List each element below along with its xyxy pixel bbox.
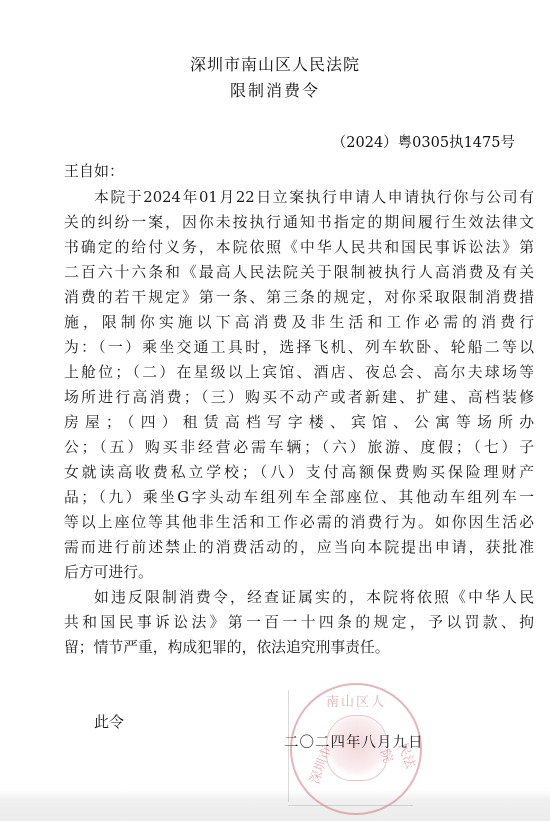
text-line: 关的纠纷一案，因你未按执行通知书指定的期间履行生效法律文 bbox=[64, 210, 534, 235]
text-line: 二百六十六条和《最高人民法院关于限制被执行人高消费及有关 bbox=[64, 260, 534, 285]
text-line: 共和国民事诉讼法》第一百一十四条的规定，予以罚款、拘 bbox=[64, 610, 534, 635]
text-line: 留；情节严重，构成犯罪的，依法追究刑事责任。 bbox=[64, 635, 534, 660]
text-line: 上舱位；（二）在星级以上宾馆、酒店、夜总会、高尔夫球场等 bbox=[64, 360, 534, 385]
paragraph-penalty: 如违反限制消费令，经查证属实的，本院将依照《中华人民 共和国民事诉讼法》第一百一… bbox=[64, 585, 534, 660]
text-line: 女就读高收费私立学校；（八）支付高额保费购买保险理财产 bbox=[64, 460, 534, 485]
closing-order: 此令 bbox=[94, 711, 124, 732]
document-title: 限制消费令 bbox=[0, 78, 550, 101]
text-line: 消费的若干规定》第一条、第三条的规定，对你采取限制消费措 bbox=[64, 285, 534, 310]
text-line: 公；（五）购买非经营必需车辆；（六）旅游、度假；（七）子 bbox=[64, 435, 534, 460]
issue-date: 二〇二四年八月九日 bbox=[284, 731, 424, 752]
addressee: 王自如： bbox=[64, 160, 124, 181]
text-line: 品；（九）乘坐G字头动车组列车全部座位、其他动车组列车一 bbox=[64, 485, 534, 510]
seal-text-top: 南山区人 bbox=[326, 691, 386, 710]
text-line: 为：（一）乘坐交通工具时，选择飞机、列车软卧、轮船二等以 bbox=[64, 335, 534, 360]
text-line: 场所进行高消费；（三）购买不动产或者新建、扩建、高档装修 bbox=[64, 385, 534, 410]
case-number: （2024）粤0305执1475号 bbox=[332, 131, 515, 152]
court-name: 深圳市南山区人民法院 bbox=[0, 52, 550, 75]
text-line: 书确定的给付义务，本院依照《中华人民共和国民事诉讼法》第 bbox=[64, 235, 534, 260]
document-body: 本院于2024年01月22日立案执行申请人申请执行你与公司有 关的纠纷一案，因你… bbox=[64, 185, 534, 660]
text-line: 后方可进行。 bbox=[64, 560, 534, 585]
text-line: 本院于2024年01月22日立案执行申请人申请执行你与公司有 bbox=[64, 185, 534, 210]
text-line: 等以上座位等其他非生活和工作必需的消费行为。如你因生活必 bbox=[64, 510, 534, 535]
text-line: 施，限制你实施以下高消费及非生活和工作必需的消费行 bbox=[64, 310, 534, 335]
text-line: 房屋；（四）租赁高档写字楼、宾馆、公寓等场所办 bbox=[64, 410, 534, 435]
paragraph-restriction: 本院于2024年01月22日立案执行申请人申请执行你与公司有 关的纠纷一案，因你… bbox=[64, 185, 534, 585]
text-line: 需而进行前述禁止的消费活动的，应当向本院提出申请，获批准 bbox=[64, 535, 534, 560]
document-page: 深圳市南山区人民法院 限制消费令 （2024）粤0305执1475号 王自如： … bbox=[0, 0, 550, 821]
text-line: 如违反限制消费令，经查证属实的，本院将依照《中华人民 bbox=[64, 585, 534, 610]
